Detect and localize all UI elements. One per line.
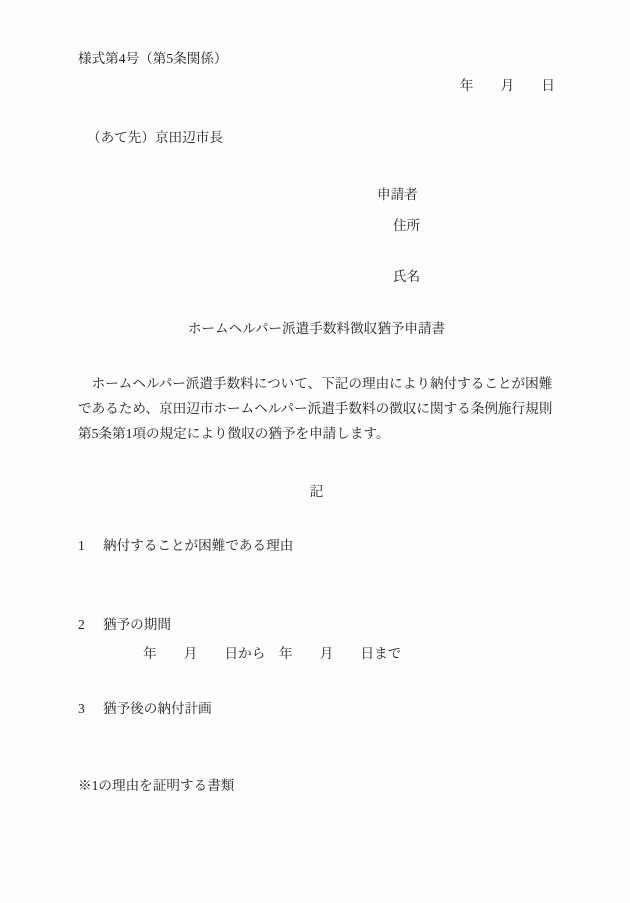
document-title: ホームヘルパー派遣手数料徴収猶予申請書	[78, 322, 555, 336]
item-label: 納付することが困難である理由	[103, 538, 293, 553]
item-3-line: 3猶予後の納付計画	[78, 702, 555, 716]
date-blank-line: 年 月 日	[78, 79, 555, 93]
item-1-line: 1納付することが困難である理由	[78, 539, 555, 553]
body-line: ホームヘルパー派遣手数料について、下記の理由により納付することが困難	[78, 371, 555, 396]
item-number: 1	[78, 539, 103, 553]
document-page: 様式第4号（第5条関係） 年 月 日 （あて先）京田辺市長 申請者 住所 氏名 …	[0, 0, 630, 903]
footnote-line: ※1の理由を証明する書類	[78, 779, 555, 793]
item-label: 猶予の期間	[103, 617, 171, 632]
item-2-line: 2猶予の期間	[78, 618, 555, 632]
item-2-period-blank-line: 年 月 日から 年 月 日まで	[143, 647, 555, 661]
body-line: であるため、京田辺市ホームヘルパー派遣手数料の徴収に関する条例施行規則	[78, 396, 555, 421]
applicant-label: 申請者	[377, 188, 555, 202]
applicant-address-label: 住所	[393, 219, 555, 233]
applicant-name-label: 氏名	[393, 270, 555, 284]
list-heading-ki: 記	[78, 485, 555, 499]
item-number: 3	[78, 702, 103, 716]
item-label: 猶予後の納付計画	[103, 701, 212, 716]
item-number: 2	[78, 618, 103, 632]
body-line: 第5条第1項の規定により徴収の猶予を申請します。	[78, 421, 555, 446]
form-number-line: 様式第4号（第5条関係）	[78, 52, 555, 66]
body-paragraph: ホームヘルパー派遣手数料について、下記の理由により納付することが困難 であるため…	[78, 371, 555, 446]
addressee-line: （あて先）京田辺市長	[78, 131, 555, 145]
